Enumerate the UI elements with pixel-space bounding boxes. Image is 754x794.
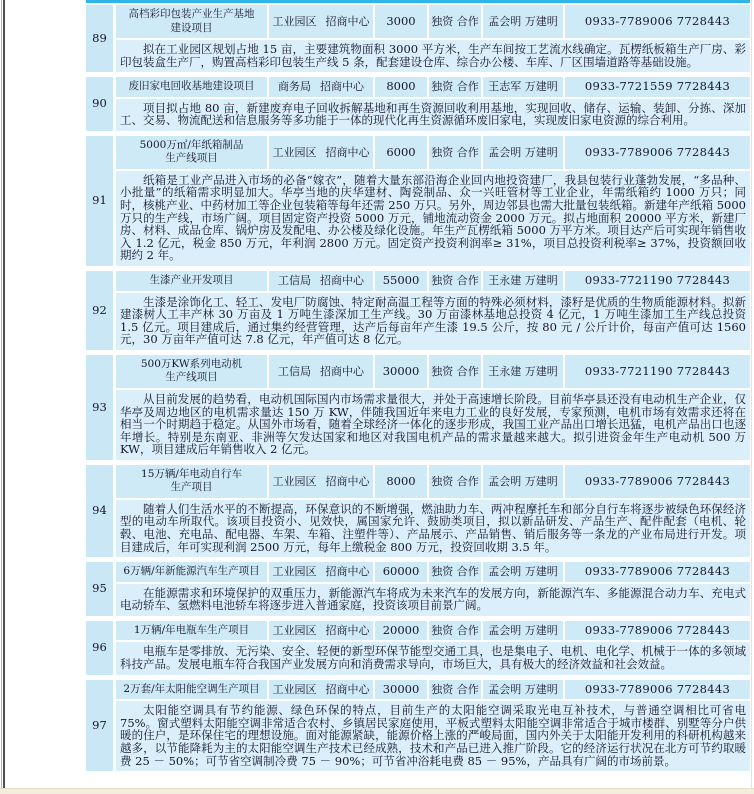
project-content: 2万套/年太阳能空调生产项目 工业园区 招商中心 30000 独资 合作 孟会明… bbox=[116, 680, 750, 771]
project-row: 94 15万辆/年电动自行车 生产项目 工业园区 招商中心 8000 独资 合作… bbox=[86, 465, 750, 557]
project-amount: 60000 bbox=[375, 562, 427, 582]
project-number: 97 bbox=[86, 680, 113, 771]
project-phone: 0933-7721190 7728443 bbox=[565, 271, 750, 291]
project-description: 电瓶车是零排放、无污染、安全、轻便的新型环保节能型交通工具，也是集电子、电机、电… bbox=[116, 642, 750, 674]
project-number: 91 bbox=[86, 136, 113, 266]
project-dept: 工业园区 bbox=[273, 683, 317, 697]
project-contacts: 孟会明 万建明 bbox=[483, 136, 563, 169]
project-description: 随着人们生活水平的不断提高，环保意识的不断增强，燃油助力车、两冲程摩托车和部分自… bbox=[116, 500, 750, 557]
page-scan-edge-inner bbox=[3, 0, 5, 789]
project-description: 从目前发展的趋势看，电动机国际国内市场需求量很大，并处于高速增长阶段。目前华亭县… bbox=[116, 390, 750, 460]
project-dept-cell: 商务局 招商中心 bbox=[269, 77, 373, 97]
project-description: 拟在工业园区规划占地 15 亩，主要建筑物面积 3000 平方米，生产车间按工艺… bbox=[116, 40, 750, 72]
project-mode: 独资 合作 bbox=[429, 621, 481, 641]
project-header-row: 1万辆/年电瓶车生产项目 工业园区 招商中心 20000 独资 合作 孟会明 万… bbox=[116, 621, 750, 641]
project-center: 招商中心 bbox=[326, 683, 370, 697]
project-phone: 0933-7789006 7728443 bbox=[565, 680, 750, 700]
project-content: 废旧家电回收基地建设项目 商务局 招商中心 8000 独资 合作 王志军 万建明… bbox=[116, 77, 750, 131]
project-center: 招商中心 bbox=[320, 274, 364, 288]
project-title: 废旧家电回收基地建设项目 bbox=[116, 77, 267, 97]
project-header-row: 15万辆/年电动自行车 生产项目 工业园区 招商中心 8000 独资 合作 孟会… bbox=[116, 465, 750, 498]
project-center: 招商中心 bbox=[320, 365, 364, 379]
project-phone: 0933-7789006 7728443 bbox=[565, 136, 750, 169]
project-mode: 独资 合作 bbox=[429, 562, 481, 582]
page-scan-edge-outer bbox=[1, 0, 2, 789]
project-row: 96 1万辆/年电瓶车生产项目 工业园区 招商中心 20000 独资 合作 孟会… bbox=[86, 621, 750, 675]
project-title: 生漆产业开发项目 bbox=[116, 271, 267, 291]
project-phone: 0933-7721559 7728443 bbox=[565, 77, 750, 97]
project-number: 89 bbox=[86, 5, 113, 72]
table-top-rule bbox=[86, 0, 750, 3]
project-content: 6万辆/年新能源汽车生产项目 工业园区 招商中心 60000 独资 合作 孟会明… bbox=[116, 562, 750, 616]
project-amount: 3000 bbox=[375, 5, 427, 38]
project-contacts: 孟会明 万建明 bbox=[483, 621, 563, 641]
project-title: 500万KW系列电动机 生产线项目 bbox=[116, 355, 267, 388]
project-contacts: 孟会明 万建明 bbox=[483, 680, 563, 700]
project-amount: 8000 bbox=[375, 77, 427, 97]
project-title: 6万辆/年新能源汽车生产项目 bbox=[116, 562, 267, 582]
project-contacts: 王永建 万建明 bbox=[483, 355, 563, 388]
project-title: 高档彩印包装产业生产基地 建设项目 bbox=[116, 5, 267, 38]
project-contacts: 孟会明 万建明 bbox=[483, 5, 563, 38]
project-center: 招商中心 bbox=[326, 475, 370, 489]
project-dept-cell: 工业园区 招商中心 bbox=[269, 680, 373, 700]
project-dept: 商务局 bbox=[278, 80, 311, 94]
project-description: 在能源需求和环境保护的双重压力，新能源汽车将成为未来汽车的发展方向，新能源汽车、… bbox=[116, 584, 750, 616]
project-dept: 工业园区 bbox=[273, 475, 317, 489]
project-dept: 工信局 bbox=[278, 365, 311, 379]
project-number: 93 bbox=[86, 355, 113, 460]
page-right-edge bbox=[751, 0, 752, 789]
project-phone: 0933-7789006 7728443 bbox=[565, 5, 750, 38]
project-dept: 工信局 bbox=[278, 274, 311, 288]
project-mode: 独资 合作 bbox=[429, 5, 481, 38]
project-dept: 工业园区 bbox=[273, 146, 317, 160]
project-amount: 30000 bbox=[375, 355, 427, 388]
project-phone: 0933-7789006 7728443 bbox=[565, 562, 750, 582]
project-dept: 工业园区 bbox=[273, 565, 317, 579]
project-row: 90 废旧家电回收基地建设项目 商务局 招商中心 8000 独资 合作 王志军 … bbox=[86, 77, 750, 131]
project-row: 95 6万辆/年新能源汽车生产项目 工业园区 招商中心 60000 独资 合作 … bbox=[86, 562, 750, 616]
project-row: 91 5000万㎡/年纸箱制品 生产线项目 工业园区 招商中心 6000 独资 … bbox=[86, 136, 750, 266]
project-header-row: 废旧家电回收基地建设项目 商务局 招商中心 8000 独资 合作 王志军 万建明… bbox=[116, 77, 750, 97]
project-center: 招商中心 bbox=[326, 15, 370, 29]
project-mode: 独资 合作 bbox=[429, 77, 481, 97]
project-mode: 独资 合作 bbox=[429, 680, 481, 700]
project-amount: 55000 bbox=[375, 271, 427, 291]
project-table: 89 高档彩印包装产业生产基地 建设项目 工业园区 招商中心 3000 独资 合… bbox=[86, 0, 750, 776]
project-phone: 0933-7721190 7728443 bbox=[565, 355, 750, 388]
project-number: 96 bbox=[86, 621, 113, 675]
project-header-row: 高档彩印包装产业生产基地 建设项目 工业园区 招商中心 3000 独资 合作 孟… bbox=[116, 5, 750, 38]
project-row: 93 500万KW系列电动机 生产线项目 工信局 招商中心 30000 独资 合… bbox=[86, 355, 750, 460]
project-header-row: 2万套/年太阳能空调生产项目 工业园区 招商中心 30000 独资 合作 孟会明… bbox=[116, 680, 750, 700]
project-phone: 0933-7789006 7728443 bbox=[565, 621, 750, 641]
project-header-row: 6万辆/年新能源汽车生产项目 工业园区 招商中心 60000 独资 合作 孟会明… bbox=[116, 562, 750, 582]
project-center: 招商中心 bbox=[326, 565, 370, 579]
project-dept-cell: 工信局 招商中心 bbox=[269, 271, 373, 291]
project-dept-cell: 工业园区 招商中心 bbox=[269, 621, 373, 641]
project-row: 97 2万套/年太阳能空调生产项目 工业园区 招商中心 30000 独资 合作 … bbox=[86, 680, 750, 771]
project-content: 5000万㎡/年纸箱制品 生产线项目 工业园区 招商中心 6000 独资 合作 … bbox=[116, 136, 750, 266]
project-dept-cell: 工业园区 招商中心 bbox=[269, 136, 373, 169]
project-center: 招商中心 bbox=[320, 80, 364, 94]
project-dept-cell: 工信局 招商中心 bbox=[269, 355, 373, 388]
project-header-row: 500万KW系列电动机 生产线项目 工信局 招商中心 30000 独资 合作 王… bbox=[116, 355, 750, 388]
project-header-row: 生漆产业开发项目 工信局 招商中心 55000 独资 合作 王永建 万建明 09… bbox=[116, 271, 750, 291]
project-number: 94 bbox=[86, 465, 113, 557]
project-contacts: 孟会明 万建明 bbox=[483, 465, 563, 498]
project-contacts: 王永建 万建明 bbox=[483, 271, 563, 291]
project-description: 太阳能空调具有节约能源、绿色环保的特点，目前生产的太阳能空调采取光电互补技术，与… bbox=[116, 701, 750, 771]
project-title: 15万辆/年电动自行车 生产项目 bbox=[116, 465, 267, 498]
project-dept: 工业园区 bbox=[273, 624, 317, 638]
project-number: 95 bbox=[86, 562, 113, 616]
project-mode: 独资 合作 bbox=[429, 465, 481, 498]
project-center: 招商中心 bbox=[326, 624, 370, 638]
project-mode: 独资 合作 bbox=[429, 355, 481, 388]
project-row: 92 生漆产业开发项目 工信局 招商中心 55000 独资 合作 王永建 万建明… bbox=[86, 271, 750, 350]
project-header-row: 5000万㎡/年纸箱制品 生产线项目 工业园区 招商中心 6000 独资 合作 … bbox=[116, 136, 750, 169]
project-amount: 6000 bbox=[375, 136, 427, 169]
project-phone: 0933-7789006 7728443 bbox=[565, 465, 750, 498]
project-contacts: 王志军 万建明 bbox=[483, 77, 563, 97]
project-number: 92 bbox=[86, 271, 113, 350]
project-title: 2万套/年太阳能空调生产项目 bbox=[116, 680, 267, 700]
project-title: 5000万㎡/年纸箱制品 生产线项目 bbox=[116, 136, 267, 169]
project-dept-cell: 工业园区 招商中心 bbox=[269, 5, 373, 38]
project-center: 招商中心 bbox=[326, 146, 370, 160]
project-mode: 独资 合作 bbox=[429, 271, 481, 291]
project-title: 1万辆/年电瓶车生产项目 bbox=[116, 621, 267, 641]
project-amount: 30000 bbox=[375, 680, 427, 700]
project-dept-cell: 工业园区 招商中心 bbox=[269, 465, 373, 498]
project-dept: 工业园区 bbox=[273, 15, 317, 29]
project-description: 生漆是涂饰化工、轻工、发电厂防腐蚀、特定耐高温工程等方面的特殊必须材料，漆籽是优… bbox=[116, 293, 750, 350]
project-content: 500万KW系列电动机 生产线项目 工信局 招商中心 30000 独资 合作 王… bbox=[116, 355, 750, 460]
project-contacts: 孟会明 万建明 bbox=[483, 562, 563, 582]
project-row: 89 高档彩印包装产业生产基地 建设项目 工业园区 招商中心 3000 独资 合… bbox=[86, 5, 750, 72]
project-content: 1万辆/年电瓶车生产项目 工业园区 招商中心 20000 独资 合作 孟会明 万… bbox=[116, 621, 750, 675]
project-number: 90 bbox=[86, 77, 113, 131]
project-description: 纸箱是工业产品进入市场的必备“嫁衣”，随着大量东部沿海企业回内地投资建厂，我县包… bbox=[116, 171, 750, 266]
project-amount: 20000 bbox=[375, 621, 427, 641]
project-dept-cell: 工业园区 招商中心 bbox=[269, 562, 373, 582]
page-bottom-strip bbox=[0, 788, 754, 794]
project-content: 生漆产业开发项目 工信局 招商中心 55000 独资 合作 王永建 万建明 09… bbox=[116, 271, 750, 350]
project-mode: 独资 合作 bbox=[429, 136, 481, 169]
project-content: 15万辆/年电动自行车 生产项目 工业园区 招商中心 8000 独资 合作 孟会… bbox=[116, 465, 750, 557]
project-amount: 8000 bbox=[375, 465, 427, 498]
project-blocks: 89 高档彩印包装产业生产基地 建设项目 工业园区 招商中心 3000 独资 合… bbox=[86, 5, 750, 771]
project-content: 高档彩印包装产业生产基地 建设项目 工业园区 招商中心 3000 独资 合作 孟… bbox=[116, 5, 750, 72]
project-description: 项目拟占地 80 亩，新建废弃电子回收拆解基地和再生资源回收利用基地，实现回收、… bbox=[116, 99, 750, 131]
